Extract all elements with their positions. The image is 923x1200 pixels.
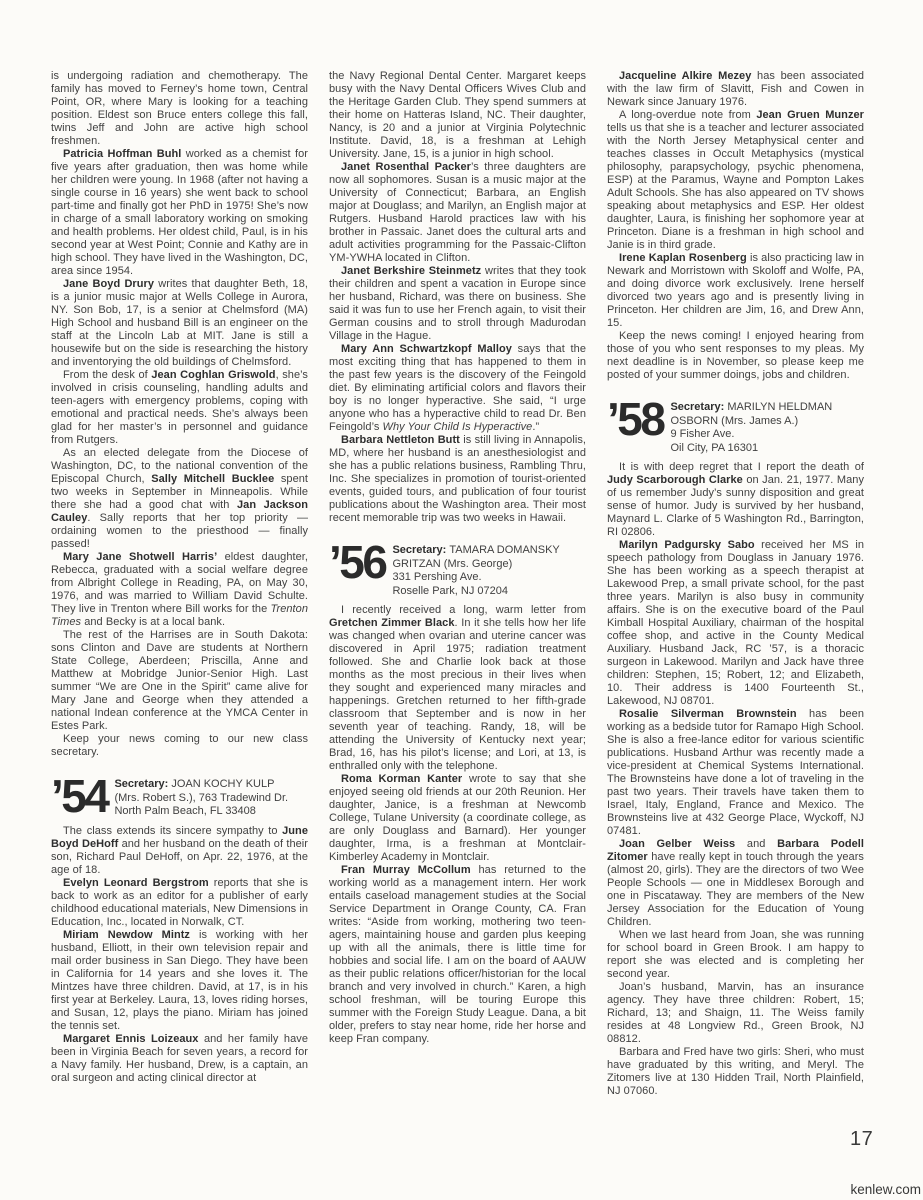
paragraph: Margaret Ennis Loizeaux and her family h… bbox=[51, 1033, 308, 1085]
member-name: Janet Berkshire Steinmetz bbox=[341, 265, 481, 277]
paragraph: Miriam Newdow Mintz is working with her … bbox=[51, 929, 308, 1033]
member-name: Jane Boyd Drury bbox=[63, 278, 154, 290]
paragraph: Joan Gelber Weiss and Barbara Podell Zit… bbox=[607, 838, 864, 929]
body-text: From the desk of bbox=[63, 369, 151, 381]
paragraph: Barbara Nettleton Butt is still living i… bbox=[329, 434, 586, 525]
paragraph: Evelyn Leonard Bergstrom reports that sh… bbox=[51, 877, 308, 929]
member-name: Mary Jane Shotwell Harris’ bbox=[63, 551, 217, 563]
body-text: . Sally reports that her top priority — … bbox=[51, 512, 308, 550]
member-name: Judy Scarborough Clarke bbox=[607, 474, 743, 486]
member-name: Miriam Newdow Mintz bbox=[63, 929, 190, 941]
column-1: is undergoing radiation and chemotherapy… bbox=[51, 70, 308, 1098]
member-name: Jacqueline Alkire Mezey bbox=[619, 70, 751, 82]
body-text: . In it she tells how her life was chang… bbox=[329, 617, 586, 772]
member-name: Margaret Ennis Loizeaux bbox=[63, 1033, 198, 1045]
secretary-address-block: Secretary: MARILYN HELDMANOSBORN (Mrs. J… bbox=[670, 400, 832, 455]
body-text: Barbara and Fred have two girls: Sheri, … bbox=[607, 1046, 864, 1097]
page-number: 17 bbox=[850, 1128, 873, 1151]
class-year-header: ’54Secretary: JOAN KOCHY KULP(Mrs. Rober… bbox=[51, 777, 308, 819]
class-year-header: ’58Secretary: MARILYN HELDMANOSBORN (Mrs… bbox=[607, 400, 864, 455]
member-name: Joan Gelber Weiss bbox=[619, 838, 735, 850]
body-text: and bbox=[735, 838, 777, 850]
body-text: tells us that she is a teacher and lectu… bbox=[607, 122, 864, 251]
paragraph: Patricia Hoffman Buhl worked as a chemis… bbox=[51, 148, 308, 278]
publication-title: Why Your Child Is Hyperactive bbox=[383, 421, 533, 433]
body-text: Joan’s husband, Marvin, has an insurance… bbox=[607, 981, 864, 1045]
member-name: Sally Mitchell Bucklee bbox=[151, 473, 274, 485]
member-name: Mary Ann Schwartzkopf Malloy bbox=[341, 343, 512, 355]
body-text: writes that daughter Beth, 18, is a juni… bbox=[51, 278, 308, 368]
watermark: kenlew.com bbox=[850, 1182, 921, 1197]
paragraph: Rosalie Silverman Brownstein has been wo… bbox=[607, 708, 864, 838]
secretary-address-block: Secretary: TAMARA DOMANSKYGRITZAN (Mrs. … bbox=[392, 543, 559, 598]
body-text: It is with deep regret that I report the… bbox=[619, 461, 864, 473]
paragraph: As an elected delegate from the Diocese … bbox=[51, 447, 308, 551]
paragraph: the Navy Regional Dental Center. Margare… bbox=[329, 70, 586, 161]
member-name: Rosalie Silverman Brownstein bbox=[619, 708, 797, 720]
member-name: Gretchen Zimmer Black bbox=[329, 617, 455, 629]
body-text: worked as a chemist for five years after… bbox=[51, 148, 308, 277]
class-year-numeral: ’56 bbox=[329, 543, 385, 582]
paragraph: I recently received a long, warm letter … bbox=[329, 604, 586, 773]
paragraph: Barbara and Fred have two girls: Sheri, … bbox=[607, 1046, 864, 1098]
member-name: Irene Kaplan Rosenberg bbox=[619, 252, 747, 264]
magazine-page: is undergoing radiation and chemotherapy… bbox=[0, 0, 923, 1200]
text-columns: is undergoing radiation and chemotherapy… bbox=[51, 70, 864, 1098]
paragraph: Jacqueline Alkire Mezey has been associa… bbox=[607, 70, 864, 109]
member-name: Marilyn Padgursky Sabo bbox=[619, 539, 755, 551]
body-text: is working with her husband, Elliott, in… bbox=[51, 929, 308, 1032]
member-name: Evelyn Leonard Bergstrom bbox=[63, 877, 209, 889]
member-name: Fran Murray McCollum bbox=[341, 864, 471, 876]
body-text: ’s three daughters are now all sophomore… bbox=[329, 161, 586, 264]
member-name: Janet Rosenthal Packer bbox=[341, 161, 471, 173]
body-text: received her MS in speech pathology from… bbox=[607, 539, 864, 707]
paragraph: Irene Kaplan Rosenberg is also practicin… bbox=[607, 252, 864, 330]
body-text: the Navy Regional Dental Center. Margare… bbox=[329, 70, 586, 160]
column-3: Jacqueline Alkire Mezey has been associa… bbox=[607, 70, 864, 1098]
body-text: has returned to the working world as a m… bbox=[329, 864, 586, 1045]
paragraph: Joan’s husband, Marvin, has an insurance… bbox=[607, 981, 864, 1046]
body-text: Keep the news coming! I enjoyed hearing … bbox=[607, 330, 864, 381]
body-text: I recently received a long, warm letter … bbox=[341, 604, 586, 616]
column-2: the Navy Regional Dental Center. Margare… bbox=[329, 70, 586, 1098]
body-text: The class extends its sincere sympathy t… bbox=[63, 825, 282, 837]
class-year-numeral: ’58 bbox=[607, 400, 663, 439]
paragraph: is undergoing radiation and chemotherapy… bbox=[51, 70, 308, 148]
paragraph: Marilyn Padgursky Sabo received her MS i… bbox=[607, 539, 864, 708]
member-name: Roma Korman Kanter bbox=[341, 773, 462, 785]
paragraph: Roma Korman Kanter wrote to say that she… bbox=[329, 773, 586, 864]
paragraph: It is with deep regret that I report the… bbox=[607, 461, 864, 539]
paragraph: Mary Ann Schwartzkopf Malloy says that t… bbox=[329, 343, 586, 434]
paragraph: Keep the news coming! I enjoyed hearing … bbox=[607, 330, 864, 382]
body-text: The rest of the Harrises are in South Da… bbox=[51, 629, 308, 732]
class-year-numeral: ’54 bbox=[51, 777, 107, 816]
paragraph: When we last heard from Joan, she was ru… bbox=[607, 929, 864, 981]
member-name: Barbara Nettleton Butt bbox=[341, 434, 460, 446]
paragraph: Janet Rosenthal Packer’s three daughters… bbox=[329, 161, 586, 265]
secretary-label: Secretary: bbox=[670, 401, 727, 413]
member-name: Jean Coghlan Griswold bbox=[151, 369, 275, 381]
member-name: Patricia Hoffman Buhl bbox=[63, 148, 181, 160]
body-text: has been working as a bedside tutor for … bbox=[607, 708, 864, 837]
body-text: and Becky is at a local bank. bbox=[81, 616, 225, 628]
body-text: is still living in Annapolis, MD, where … bbox=[329, 434, 586, 524]
paragraph: Fran Murray McCollum has returned to the… bbox=[329, 864, 586, 1046]
secretary-label: Secretary: bbox=[114, 778, 171, 790]
body-text: says that the most exciting thing that h… bbox=[329, 343, 586, 433]
paragraph: Janet Berkshire Steinmetz writes that th… bbox=[329, 265, 586, 343]
secretary-label: Secretary: bbox=[392, 544, 449, 556]
paragraph: Keep your news coming to our new class s… bbox=[51, 733, 308, 759]
class-year-header: ’56Secretary: TAMARA DOMANSKYGRITZAN (Mr… bbox=[329, 543, 586, 598]
paragraph: From the desk of Jean Coghlan Griswold, … bbox=[51, 369, 308, 447]
secretary-address-block: Secretary: JOAN KOCHY KULP(Mrs. Robert S… bbox=[114, 777, 288, 819]
body-text: Keep your news coming to our new class s… bbox=[51, 733, 308, 758]
body-text: When we last heard from Joan, she was ru… bbox=[607, 929, 864, 980]
paragraph: Mary Jane Shotwell Harris’ eldest daught… bbox=[51, 551, 308, 629]
paragraph: The class extends its sincere sympathy t… bbox=[51, 825, 308, 877]
body-text: A long-overdue note from bbox=[619, 109, 756, 121]
body-text: is undergoing radiation and chemotherapy… bbox=[51, 70, 308, 147]
paragraph: A long-overdue note from Jean Gruen Munz… bbox=[607, 109, 864, 252]
member-name: Jean Gruen Munzer bbox=[756, 109, 864, 121]
paragraph: The rest of the Harrises are in South Da… bbox=[51, 629, 308, 733]
body-text: wrote to say that she enjoyed seeing old… bbox=[329, 773, 586, 863]
paragraph: Jane Boyd Drury writes that daughter Bet… bbox=[51, 278, 308, 369]
body-text: .” bbox=[532, 421, 539, 433]
